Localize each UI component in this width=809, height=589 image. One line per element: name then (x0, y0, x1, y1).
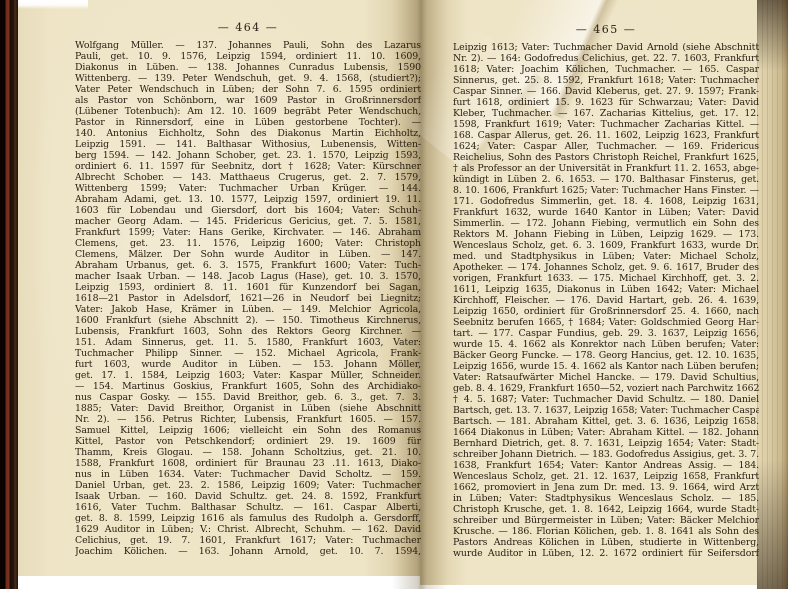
text-line: 140. Antonius Eichholtz, Sohn des Diakon… (75, 128, 421, 139)
text-line: 1588, Frankfurt 1608, ordiniert für Brau… (75, 458, 421, 469)
text-line: Leipzig 1593, ordiniert 8. 11. 1601 für … (75, 282, 421, 293)
text-line: 1638, Frankfurt 1654; Vater: Kantor Andr… (453, 460, 759, 471)
text-line: Albrecht Schober. — 143. Matthaeus Cruge… (75, 172, 421, 183)
text-line: Frankfurt 1632, wurde 1640 Kantor in Lüb… (453, 207, 759, 218)
text-line: Rektors M. Johann Fiebing in Lüben, Leip… (453, 229, 759, 240)
fore-edge-shadow (757, 0, 788, 589)
text-line: 171. Godofredus Simmerlin, get. 18. 4. 1… (453, 196, 759, 207)
page-corner-highlight (18, 0, 88, 9)
text-line: kündigt in Lüben 2. 6. 1653. — 170. Balt… (453, 174, 759, 185)
text-line: furt 1618, ordiniert 15. 9. 1623 für Sch… (453, 97, 759, 108)
text-line: Vater: Ratsaufwärter Michel Hancke. — 17… (453, 372, 759, 383)
text-line: Kittel, Pastor von Petschkendorf; ordini… (75, 436, 421, 447)
text-line: 1618; Vater: Joachim Kölichen, Tuchmache… (453, 64, 759, 75)
text-line: Wenceslaus Scholz, get. 21. 12. 1637, Le… (453, 471, 759, 482)
text-line: 1598, Frankfurt 1619; Vater: Tuchmacher … (453, 119, 759, 130)
text-line: get. 8. 8. 1599, Leipzig 1616 als famulu… (75, 513, 421, 524)
text-line: nus Caspar Gosky. — 155. David Breithor,… (75, 392, 421, 403)
text-line: Wittenberg 1599; Vater: Tuchmacher Urban… (75, 183, 421, 194)
text-line: 1603 für Lobendau und Giersdorf, dort bi… (75, 205, 421, 216)
text-line: † 4. 5. 1687; Vater: Tuchmacher David Sc… (453, 394, 759, 405)
text-line: berg 1594. — 142. Johann Schober, get. 2… (75, 150, 421, 161)
text-line: Bartsch. — 181. Abraham Kittel, get. 3. … (453, 416, 759, 427)
text-line: Caspar Sinner. — 166. David Kleberus, ge… (453, 86, 759, 97)
text-line: (Lübener Totenbuch): Am 12. 10. 1609 beg… (75, 106, 421, 117)
text-line: 1629 Auditor in Lüben; V.: Christ. Albre… (75, 524, 421, 535)
page-number-465: — 465 — (453, 23, 759, 36)
text-line: Kleber, Tuchmacher. — 167. Zacharias Kit… (453, 108, 759, 119)
text-line: Wenceslaus Scholz, get. 6. 3. 1609, Fran… (453, 240, 759, 251)
text-line: Thamm, Kreis Glogau. — 158. Johann Schol… (75, 447, 421, 458)
text-line: Pastor in Rinnersdorf, eine in Lüben ges… (75, 117, 421, 128)
text-line: ordiniert 6. 11. 1597 für Seebnitz, dort… (75, 161, 421, 172)
text-line: Wittenberg. — 139. Peter Wendschuh, get.… (75, 73, 421, 84)
text-line: macher Georg Adam. — 145. Fridericus Ger… (75, 216, 421, 227)
text-line: Isaak Urban. — 160. David Schultz. get. … (75, 491, 421, 502)
text-line: Simmerlin. — 172. Johann Fiebing, vermut… (453, 218, 759, 229)
text-line: 8. 10. 1606, Frankfurt 1625; Vater: Tuch… (453, 185, 759, 196)
text-line: Sinnerus, get. 25. 8. 1592, Frankfurt 16… (453, 75, 759, 86)
text-line: Vater Peter Wendschuch in Lüben; der Soh… (75, 84, 421, 95)
text-line: 1624; Vater: Caspar Aller, Tuchmacher. —… (453, 141, 759, 152)
text-line: 168. Caspar Allerus, get. 26. 11. 1602, … (453, 130, 759, 141)
text-line: Leipzig 1650, ordiniert für Großrinnersd… (453, 306, 759, 317)
text-line: furt 1603, wurde Auditor in Lüben. — 153… (75, 359, 421, 370)
text-line: Nr. 2). — 164: Godofredus Celichius, get… (453, 53, 759, 64)
book-spread: — 464 — — 465 — Wolfgang Müller. — 137. … (0, 0, 809, 589)
text-line: Vater: Jakob Hase, Krämer in Lüben. — 14… (75, 304, 421, 315)
text-line: Leipzig 1591. — 141. Balthasar Withosius… (75, 139, 421, 150)
text-line: Christoph Krusche, get. 1. 8. 1642, Leip… (453, 504, 759, 515)
text-line: als Pastor von Schönborn, war 1609 Pasto… (75, 95, 421, 106)
text-line: Leipzig 1613; Vater: Tuchmacher David Ar… (453, 42, 759, 53)
text-line: 1616, Vater Tuchm. Balthasar Schultz. — … (75, 502, 421, 513)
text-line: — 154. Martinus Goskius, Frankfurt 1605,… (75, 381, 421, 392)
text-line: Lubensis, Frankfurt 1603, Sohn des Rekto… (75, 326, 421, 337)
text-line: schreiber und Bürgermeister in Lüben; Va… (453, 515, 759, 526)
text-line: get. 17. 1. 1584, Leipzig 1603; Vater: K… (75, 370, 421, 381)
text-line: Bernhard Dietrich, get. 8. 7. 1631, Leip… (453, 438, 759, 449)
text-line: Leipzig 1656, wurde 15. 4. 1662 als Kant… (453, 361, 759, 372)
text-line: Diakonus in Lüben. — 138. Johannes Cunra… (75, 62, 421, 73)
text-line: 1664 Diakonus in Lüben; Vater: Abraham K… (453, 427, 759, 438)
text-line: Abraham Adami, get. 13. 10. 1577, Leipzi… (75, 194, 421, 205)
text-line: 1618—21 Pastor in Adelsdorf, 1621—26 in … (75, 293, 421, 304)
text-line: Clemens, Mälzer. Der Sohn wurde Auditor … (75, 249, 421, 260)
page-number-464: — 464 — (75, 21, 421, 34)
text-line: wurde 15. 4. 1662 als Konrektor nach Lüb… (453, 339, 759, 350)
text-line: nus in Lüben 1634. Vater: Tuchmacher Dav… (75, 469, 421, 480)
text-line: Krusche. — 186. Florian Kölichen, geb. 1… (453, 526, 759, 537)
text-line: 1885; Vater: David Breithor, Organist in… (75, 403, 421, 414)
text-line: 1611, Leipzig 1635, Diakonus in Lüben 16… (453, 284, 759, 295)
book-cover-edge (788, 0, 809, 589)
text-line: macher Isaak Urban. — 148. Jacob Lagus (… (75, 271, 421, 282)
page-464-text: Wolfgang Müller. — 137. Johannes Pauli, … (75, 40, 421, 557)
text-line: 1600 Frankfurt (siehe Abschnitt 2). — 15… (75, 315, 421, 326)
text-line: Frankfurt 1599; Vater: Hans Gerike, Kirc… (75, 227, 421, 238)
text-line: Samuel Kittel, Leipzig 1606; vielleicht … (75, 425, 421, 436)
text-line: 151. Adam Sinnerus, get. 11. 5. 1580, Fr… (75, 337, 421, 348)
text-line: Pauli, get. 10. 9. 1576, Leipzig 1594, o… (75, 51, 421, 62)
text-line: Seebnitz berufen 1665, † 1684; Vater: Go… (453, 317, 759, 328)
text-line: Pastors Andreas Kölichen in Lüben, studi… (453, 537, 759, 548)
text-line: Bartsch, get. 13. 7. 1637, Leipzig 1658;… (453, 405, 759, 416)
text-line: Kirchhoff, Fleischer. — 176. David Harta… (453, 295, 759, 306)
text-line: Reichelius, Sohn des Pastors Christoph R… (453, 152, 759, 163)
book-spine-edge (0, 0, 18, 589)
text-line: schreiber Johann Dietrich. — 183. Godofr… (453, 449, 759, 460)
text-line: 1662, promoviert in Jena zum Dr. med. 13… (453, 482, 759, 493)
text-line: Celichius, get. 19. 7. 1601, Frankfurt 1… (75, 535, 421, 546)
text-line: in Lüben; Vater: Stadtphysikus Wenceslau… (453, 493, 759, 504)
text-line: Wolfgang Müller. — 137. Johannes Pauli, … (75, 40, 421, 51)
text-line: Clemens, get. 23. 11. 1576, Leipzig 1600… (75, 238, 421, 249)
page-465-text: Leipzig 1613; Vater: Tuchmacher David Ar… (453, 42, 759, 559)
text-line: Abraham Urbanus, get. 6. 3. 1575, Frankf… (75, 260, 421, 271)
text-line: vorigen, Frankfurt 1633. — 175. Michael … (453, 273, 759, 284)
text-line: med. und Stadtphysikus in Lüben; Vater: … (453, 251, 759, 262)
text-line: Apotheker. — 174. Johannes Scholz, get. … (453, 262, 759, 273)
text-line: † als Professor an der Universität in Fr… (453, 163, 759, 174)
text-line: tart. — 177. Caspar Fundius, geb. 29. 3.… (453, 328, 759, 339)
text-line: Joachim Kölichen. — 163. Johann Arnold, … (75, 546, 421, 557)
text-line: Tuchmacher Philipp Sinner. — 152. Michae… (75, 348, 421, 359)
text-line: wurde Auditor in Lüben, 12. 2. 1672 ordi… (453, 548, 759, 559)
text-line: Nr. 2). — 156. Petrus Richter, Lubensis,… (75, 414, 421, 425)
text-line: geb. 8. 4. 1629, Frankfurt 1650—52, vozi… (453, 383, 759, 394)
text-line: Bäcker Georg Funcke. — 178. Georg Hanciu… (453, 350, 759, 361)
text-line: Daniel Urban, get. 23. 2. 1586, Leipzig … (75, 480, 421, 491)
